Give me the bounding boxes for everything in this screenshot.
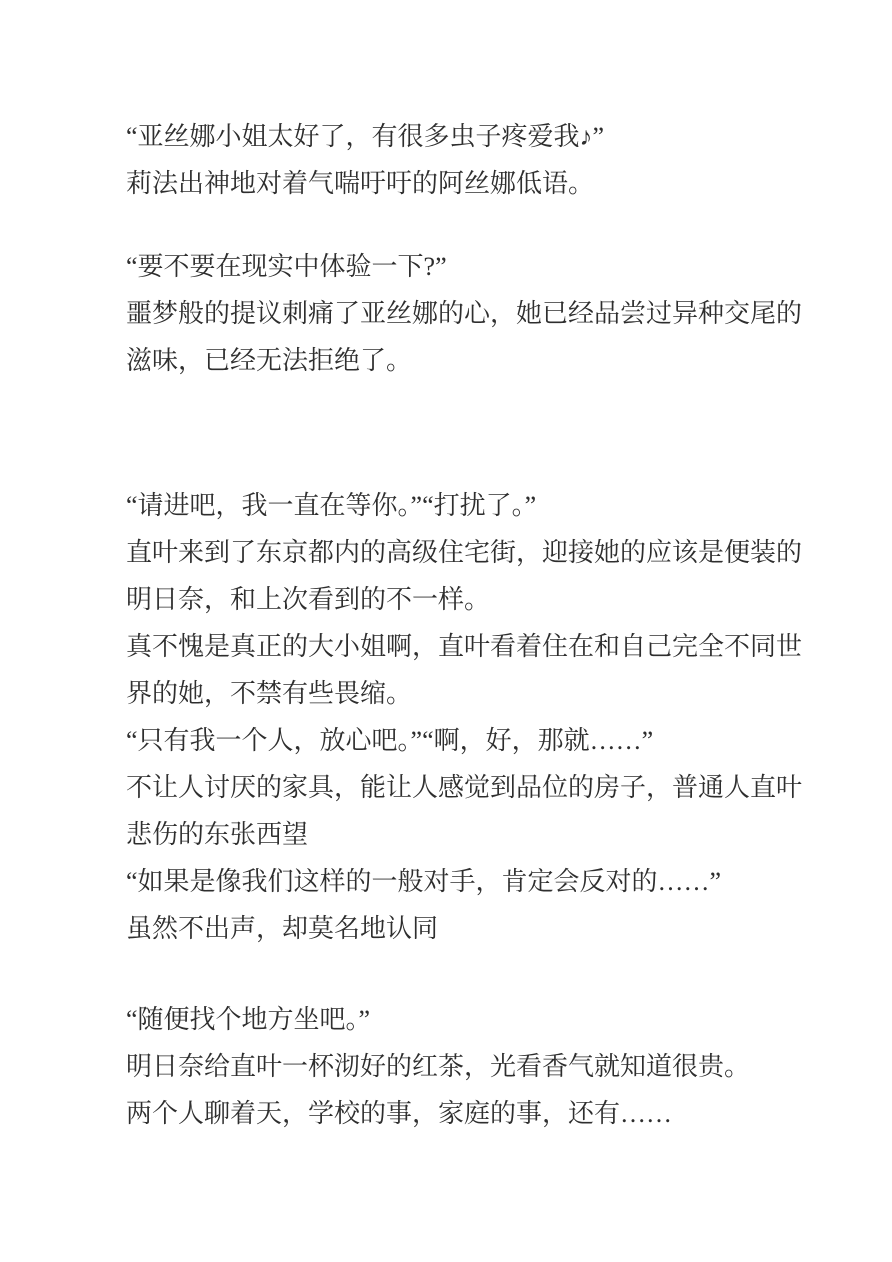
text-line: 真不愧是真正的大小姐啊，直叶看着住在和自己完全不同世 [126,623,802,670]
text-line: 直叶来到了东京都内的高级住宅街，迎接她的应该是便装的 [126,529,802,576]
text-line: “请进吧，我一直在等你。”“打扰了。” [126,482,802,529]
page-content: “亚丝娜小姐太好了，有很多虫子疼爱我♪”莉法出神地对着气喘吁吁的阿丝娜低语。“要… [0,0,892,1137]
paragraph-group: “亚丝娜小姐太好了，有很多虫子疼爱我♪”莉法出神地对着气喘吁吁的阿丝娜低语。 [126,113,802,207]
text-line: 界的她，不禁有些畏缩。 [126,670,802,717]
text-line: 明日奈，和上次看到的不一样。 [126,576,802,623]
text-line: “随便找个地方坐吧。” [126,996,802,1043]
text-line: “如果是像我们这样的一般对手，肯定会反对的……” [126,858,802,905]
text-line: 滋味，已经无法拒绝了。 [126,337,802,384]
paragraph-group: “随便找个地方坐吧。”明日奈给直叶一杯沏好的红茶，光看香气就知道很贵。两个人聊着… [126,996,802,1137]
text-line: “要不要在现实中体验一下?” [126,243,802,290]
text-line: 明日奈给直叶一杯沏好的红茶，光看香气就知道很贵。 [126,1043,802,1090]
text-line: 两个人聊着天，学校的事，家庭的事，还有…… [126,1090,802,1137]
text-line: “只有我一个人，放心吧。”“啊，好，那就……” [126,717,802,764]
text-line: “亚丝娜小姐太好了，有很多虫子疼爱我♪” [126,113,802,160]
text-line: 悲伤的东张西望 [126,811,802,858]
paragraph-group: “请进吧，我一直在等你。”“打扰了。”直叶来到了东京都内的高级住宅街，迎接她的应… [126,482,802,952]
text-line: 不让人讨厌的家具，能让人感觉到品位的房子，普通人直叶 [126,764,802,811]
text-line: 虽然不出声，却莫名地认同 [126,905,802,952]
novel-page: “亚丝娜小姐太好了，有很多虫子疼爱我♪”莉法出神地对着气喘吁吁的阿丝娜低语。“要… [0,0,892,1262]
paragraph-group: “要不要在现实中体验一下?”噩梦般的提议刺痛了亚丝娜的心，她已经品尝过异种交尾的… [126,243,802,384]
text-line: 噩梦般的提议刺痛了亚丝娜的心，她已经品尝过异种交尾的 [126,290,802,337]
text-line: 莉法出神地对着气喘吁吁的阿丝娜低语。 [126,160,802,207]
